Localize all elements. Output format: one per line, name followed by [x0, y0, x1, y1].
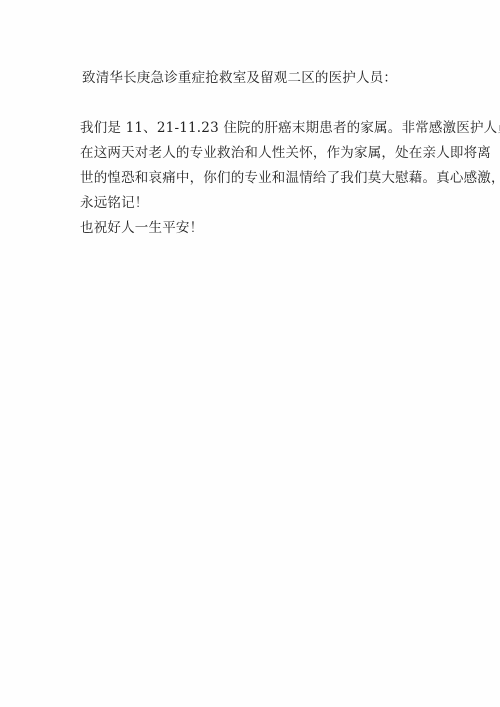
letter-line-2: 在这两天对老人的专业救治和人性关怀，作为家属，处在亲人即将离	[80, 141, 491, 161]
letter-line-1: 我们是 11、21-11.23 住院的肝癌末期患者的家属。非常感激医护人员	[80, 116, 500, 136]
letter-line-4: 永远铭记！	[80, 191, 149, 211]
letter-closing: 也祝好人一生平安！	[80, 216, 203, 236]
letter-salutation: 致清华长庚急诊重症抢救室及留观二区的医护人员：	[82, 66, 397, 86]
letter-line-3: 世的惶恐和哀痛中，你们的专业和温情给了我们莫大慰藉。真心感激，	[80, 166, 500, 186]
letter-page: 致清华长庚急诊重症抢救室及留观二区的医护人员： 我们是 11、21-11.23 …	[0, 0, 500, 707]
